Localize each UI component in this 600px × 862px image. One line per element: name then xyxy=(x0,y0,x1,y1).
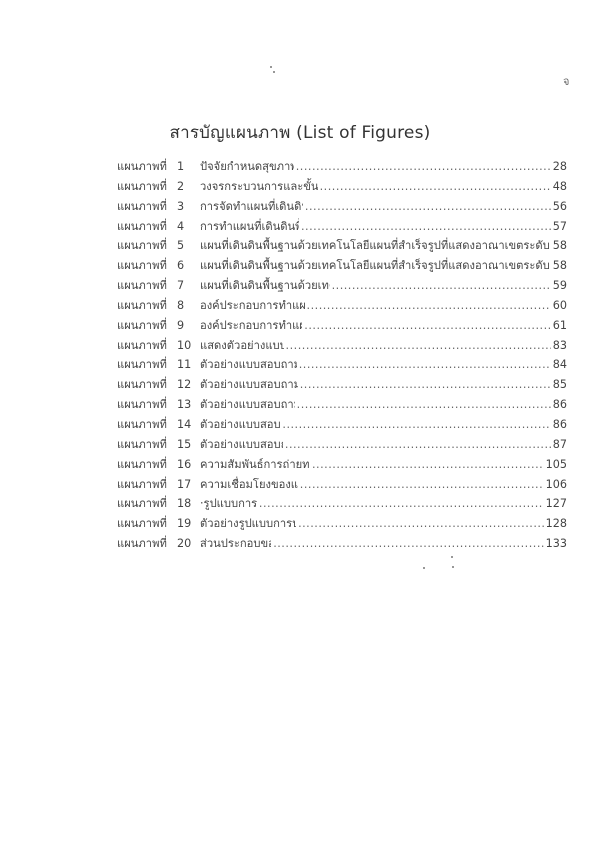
figure-caption: ·รูปแบบการประเมิน CIPP xyxy=(200,494,257,512)
figure-label: แผนภาพที่ xyxy=(117,197,175,215)
figure-label: แผนภาพที่ xyxy=(117,514,175,532)
figure-label: แผนภาพที่ xyxy=(117,475,175,493)
figure-page-number: 61 xyxy=(553,319,567,332)
figure-number: 13 xyxy=(175,398,200,411)
figure-entry: แผนภาพที่ 5 แผนที่เดินดินพื้นฐานด้วยเทคโ… xyxy=(117,236,567,256)
figure-caption: ตัวอย่างรูปแบบการประเมินแบบ CIPPIEST Mod… xyxy=(200,514,296,532)
figure-caption: ตัวอย่างแบบสอบถามเก็บข้อมูลวิจัยแบบให้ตอ… xyxy=(200,355,297,373)
figure-label: แผนภาพที่ xyxy=(117,534,175,552)
figure-number: 10 xyxy=(175,339,200,352)
figure-number: 15 xyxy=(175,438,200,451)
figure-page-number: 28 xyxy=(553,160,567,173)
leader-dots xyxy=(300,478,544,491)
figure-number: 14 xyxy=(175,418,200,431)
figure-page-number: 87 xyxy=(553,438,567,451)
figure-page-number: 127 xyxy=(546,497,567,510)
figure-page-number: 84 xyxy=(553,358,567,371)
figure-entry: แผนภาพที่ 12 ตัวอย่างแบบสอบถามแบบเลือกตอ… xyxy=(117,375,567,395)
leader-dots xyxy=(332,279,551,292)
figure-entry: แผนภาพที่ 19 ตัวอย่างรูปแบบการประเมินแบบ… xyxy=(117,514,567,534)
figure-label: แผนภาพที่ xyxy=(117,177,175,195)
figure-caption: ตัวอย่างแบบสอบถามแบบให้เรียงลำดับ xyxy=(200,415,280,433)
scan-speck xyxy=(452,566,454,568)
figure-caption: ความเชื่อมโยงของแผน แผนงาน โครงการ กิจกร… xyxy=(200,475,298,493)
figure-number: 8 xyxy=(175,299,200,312)
figure-number: 6 xyxy=(175,259,200,272)
figure-page-number: 105 xyxy=(546,458,567,471)
figure-list: แผนภาพที่ 1 ปัจจัยกำหนดสุขภาพ (Health De… xyxy=(117,157,567,554)
figure-caption: การทำแผนที่เดินดินพื้นฐานด้วยมือกรณีตัวอ… xyxy=(200,217,299,235)
figure-caption: ตัวอย่างแบบสอบถามแบบเลือกตอบหลายคำตอบ xyxy=(200,395,295,413)
figure-number: 9 xyxy=(175,319,200,332)
figure-entry: แผนภาพที่ 9 องค์ประกอบการทำแผนที่รอบในเพ… xyxy=(117,316,567,336)
figure-page-number: 128 xyxy=(546,517,567,530)
figure-caption: ความสัมพันธ์การถ่ายทอดเชื่อมโยงเพื่อการบ… xyxy=(200,455,310,473)
figure-caption: แผนที่เดินดินพื้นฐานด้วยเทคโนโลยีแผนที่ส… xyxy=(200,236,549,254)
page-number: จ xyxy=(563,72,569,90)
figure-label: แผนภาพที่ xyxy=(117,336,175,354)
figure-caption: ตัวอย่างแบบสอบถามแบบให้ประมาณค่า xyxy=(200,435,283,453)
figure-number: 2 xyxy=(175,180,200,193)
figure-entry: แผนภาพที่ 10 แสดงตัวอย่างแบบสอบถามแบบปลา… xyxy=(117,336,567,356)
figure-caption: การจัดทำแผนที่เดินดินพื้นฐานด้วยมือกรณีต… xyxy=(200,197,303,215)
figure-label: แผนภาพที่ xyxy=(117,494,175,512)
figure-caption: แผนที่เดินดินพื้นฐานด้วยเทคโนโลยีแผนที่ส… xyxy=(200,256,549,274)
figure-entry: แผนภาพที่ 13 ตัวอย่างแบบสอบถามแบบเลือกตอ… xyxy=(117,395,567,415)
leader-dots xyxy=(307,299,551,312)
figure-page-number: 56 xyxy=(553,200,567,213)
figure-page-number: 58 xyxy=(553,239,567,252)
figure-page-number: 86 xyxy=(553,418,567,431)
figure-page-number: 133 xyxy=(546,537,567,550)
figure-label: แผนภาพที่ xyxy=(117,217,175,235)
figure-number: 17 xyxy=(175,478,200,491)
figure-page-number: 83 xyxy=(553,339,567,352)
figure-number: 3 xyxy=(175,200,200,213)
figure-page-number: 58 xyxy=(553,259,567,272)
figure-number: 1 xyxy=(175,160,200,173)
figure-entry: แผนภาพที่ 20 ส่วนประกอบของโครงการประเมิน… xyxy=(117,534,567,554)
scan-speck xyxy=(423,567,425,569)
figure-entry: แผนภาพที่ 7 แผนที่เดินดินพื้นฐานด้วยเทคโ… xyxy=(117,276,567,296)
leader-dots xyxy=(286,339,551,352)
figure-label: แผนภาพที่ xyxy=(117,296,175,314)
figure-caption: ปัจจัยกำหนดสุขภาพ (Health Determinants) xyxy=(200,157,294,175)
page-title: สารบัญแผนภาพ (List of Figures) xyxy=(0,119,600,146)
figure-caption: ตัวอย่างแบบสอบถามแบบเลือกตอบเพียง 1 คำตอ… xyxy=(200,375,298,393)
figure-label: แผนภาพที่ xyxy=(117,395,175,413)
figure-caption: วงจรกระบวนการและขั้นตอน การปฏิบัติงานด้า… xyxy=(200,177,318,195)
figure-entry: แผนภาพที่ 8 องค์ประกอบการทำแผนที่รอบนอกเ… xyxy=(117,296,567,316)
leader-dots xyxy=(300,378,551,391)
scan-speck xyxy=(273,71,275,73)
figure-entry: แผนภาพที่ 14 ตัวอย่างแบบสอบถามแบบให้เรีย… xyxy=(117,415,567,435)
figure-label: แผนภาพที่ xyxy=(117,435,175,453)
figure-entry: แผนภาพที่ 18 ·รูปแบบการประเมิน CIPP 127 xyxy=(117,494,567,514)
figure-entry: แผนภาพที่ 1 ปัจจัยกำหนดสุขภาพ (Health De… xyxy=(117,157,567,177)
figure-label: แผนภาพที่ xyxy=(117,157,175,175)
figure-label: แผนภาพที่ xyxy=(117,375,175,393)
leader-dots xyxy=(282,418,550,431)
leader-dots xyxy=(259,497,544,510)
leader-dots xyxy=(285,438,551,451)
figure-caption: องค์ประกอบการทำแผนที่รอบในเพื่อศึกษาระดั… xyxy=(200,316,302,334)
figure-page-number: 48 xyxy=(553,180,567,193)
leader-dots xyxy=(298,517,544,530)
figure-number: 20 xyxy=(175,537,200,550)
figure-label: แผนภาพที่ xyxy=(117,256,175,274)
figure-entry: แผนภาพที่ 15 ตัวอย่างแบบสอบถามแบบให้ประม… xyxy=(117,435,567,455)
figure-number: 12 xyxy=(175,378,200,391)
figure-number: 18 xyxy=(175,497,200,510)
figure-page-number: 57 xyxy=(553,220,567,233)
figure-entry: แผนภาพที่ 11 ตัวอย่างแบบสอบถามเก็บข้อมูล… xyxy=(117,355,567,375)
figure-label: แผนภาพที่ xyxy=(117,355,175,373)
figure-page-number: 106 xyxy=(546,478,567,491)
figure-number: 16 xyxy=(175,458,200,471)
figure-label: แผนภาพที่ xyxy=(117,276,175,294)
figure-caption: ส่วนประกอบของโครงการประเมิน xyxy=(200,534,271,552)
figure-page-number: 86 xyxy=(553,398,567,411)
figure-entry: แผนภาพที่ 3 การจัดทำแผนที่เดินดินพื้นฐาน… xyxy=(117,197,567,217)
figure-page-number: 85 xyxy=(553,378,567,391)
figure-entry: แผนภาพที่ 2 วงจรกระบวนการและขั้นตอน การป… xyxy=(117,177,567,197)
figure-label: แผนภาพที่ xyxy=(117,415,175,433)
leader-dots xyxy=(320,180,551,193)
leader-dots xyxy=(304,319,550,332)
figure-entry: แผนภาพที่ 4 การทำแผนที่เดินดินพื้นฐานด้ว… xyxy=(117,217,567,237)
figure-page-number: 59 xyxy=(553,279,567,292)
figure-entry: แผนภาพที่ 16 ความสัมพันธ์การถ่ายทอดเชื่อ… xyxy=(117,455,567,475)
figure-number: 19 xyxy=(175,517,200,530)
figure-caption: องค์ประกอบการทำแผนที่รอบนอกเพื่อศึกษาระด… xyxy=(200,296,305,314)
leader-dots xyxy=(297,398,551,411)
figure-number: 7 xyxy=(175,279,200,292)
figure-page-number: 60 xyxy=(553,299,567,312)
leader-dots xyxy=(273,537,543,550)
leader-dots xyxy=(296,160,551,173)
figure-label: แผนภาพที่ xyxy=(117,316,175,334)
figure-entry: แผนภาพที่ 6 แผนที่เดินดินพื้นฐานด้วยเทคโ… xyxy=(117,256,567,276)
figure-number: 11 xyxy=(175,358,200,371)
figure-label: แผนภาพที่ xyxy=(117,455,175,473)
scan-speck xyxy=(270,66,272,68)
figure-label: แผนภาพที่ xyxy=(117,236,175,254)
figure-caption: แผนที่เดินดินพื้นฐานด้วยเทคโนโลยีแผนที่ส… xyxy=(200,276,330,294)
leader-dots xyxy=(312,458,544,471)
figure-number: 4 xyxy=(175,220,200,233)
leader-dots xyxy=(305,200,551,213)
figure-number: 5 xyxy=(175,239,200,252)
scan-speck xyxy=(451,556,453,558)
figure-caption: แสดงตัวอย่างแบบสอบถามแบบปลายเปิด xyxy=(200,336,284,354)
leader-dots xyxy=(301,220,551,233)
leader-dots xyxy=(299,358,551,371)
figure-entry: แผนภาพที่ 17 ความเชื่อมโยงของแผน แผนงาน … xyxy=(117,475,567,495)
